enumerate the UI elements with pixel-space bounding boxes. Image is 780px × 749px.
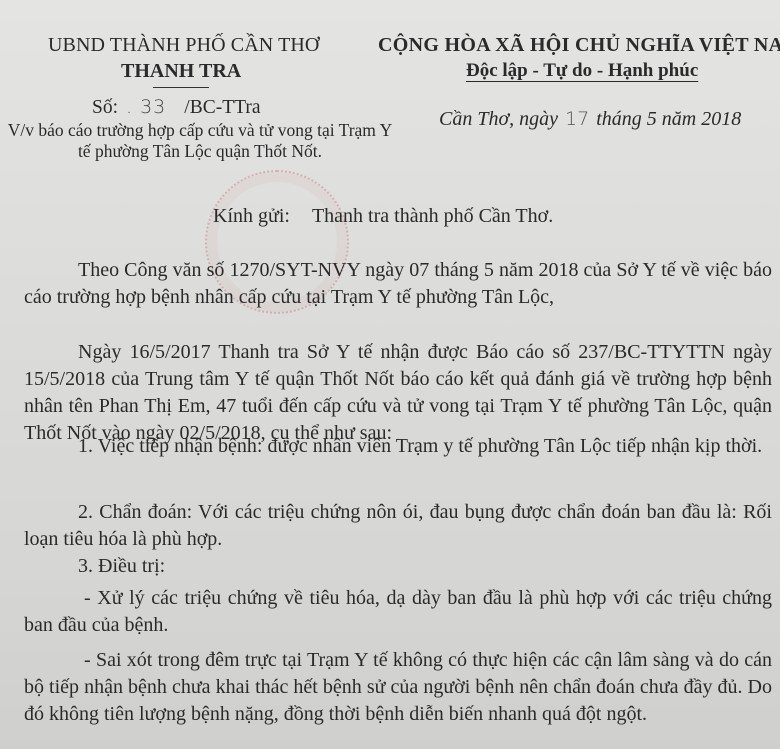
document-date: Cần Thơ, ngày 17 tháng 5 năm 2018 [439,108,741,131]
date-suffix: tháng 5 năm 2018 [596,108,741,130]
paragraph-report-received: Ngày 16/5/2017 Thanh tra Sở Y tế nhận đư… [24,339,772,447]
paragraph-reference: Theo Công văn số 1270/SYT-NVY ngày 07 th… [24,257,772,311]
document-number: Số:. 33/BC-TTra [92,96,261,119]
paragraph-treatment-point-2: - Sai xót trong đêm trực tại Trạm Y tế k… [24,647,772,728]
document-subject: V/v báo cáo trường hợp cấp cứu và tử von… [0,120,400,162]
country-name: CỘNG HÒA XÃ HỘI CHỦ NGHĨA VIỆT NAM [378,34,780,57]
agency-name: THANH TRA [121,60,241,83]
number-handwritten: . 33 [126,96,166,118]
addressee-label: Kính gửi: [213,205,290,227]
date-day-handwritten: 17 [565,108,589,130]
addressee-line: Kính gửi:Thanh tra thành phố Cần Thơ. [213,205,553,228]
paragraph-reception: 1. Việc tiếp nhận bệnh: được nhân viên T… [24,433,772,460]
addressee-recipient: Thanh tra thành phố Cần Thơ. [312,205,553,227]
agency-underline [153,87,209,88]
paragraph-treatment-point-1: - Xử lý các triệu chứng về tiêu hóa, dạ … [24,585,772,639]
paragraph-diagnosis: 2. Chẩn đoán: Với các triệu chứng nôn ói… [24,499,772,553]
authority-name: UBND THÀNH PHỐ CẦN THƠ [48,34,319,57]
national-motto: Độc lập - Tự do - Hạnh phúc [466,60,698,82]
date-prefix: Cần Thơ, ngày [439,108,558,130]
paragraph-treatment-heading: 3. Điều trị: [24,553,772,580]
number-suffix: /BC-TTra [184,97,260,118]
number-label: Số: [92,97,118,118]
